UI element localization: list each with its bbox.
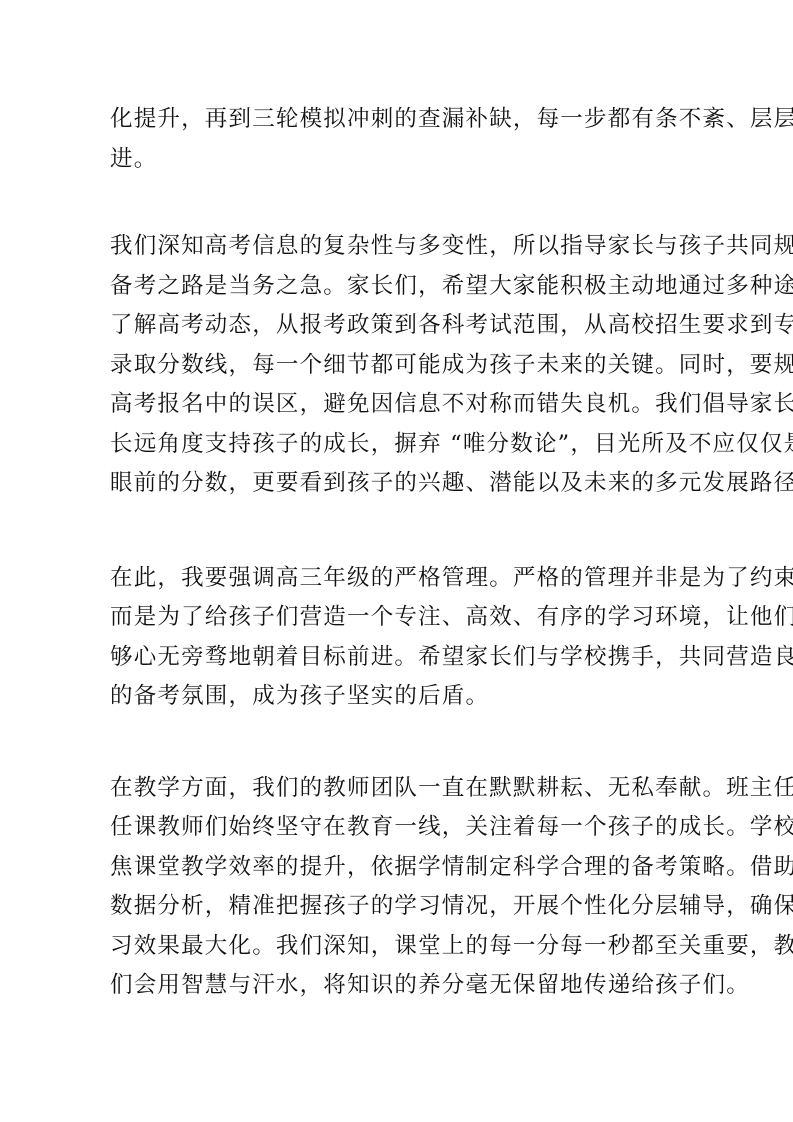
text-line: 备考之路是当务之急。家长们，希望大家能积极主动地通过多种途径 [110, 267, 686, 307]
paragraph-1: 化提升，再到三轮模拟冲刺的查漏补缺，每一步都有条不紊、层层递 进。 [110, 100, 686, 179]
text-line: 眼前的分数，更要看到孩子的兴趣、潜能以及未来的多元发展路径。 [110, 464, 686, 504]
document-page: 化提升，再到三轮模拟冲刺的查漏补缺，每一步都有条不紊、层层递 进。 我们深知高考… [110, 100, 686, 1006]
paragraph-2: 我们深知高考信息的复杂性与多变性，所以指导家长与孩子共同规划 备考之路是当务之急… [110, 227, 686, 504]
text-line: 们会用智慧与汗水，将知识的养分毫无保留地传递给孩子们。 [110, 966, 686, 1006]
text-line: 的备考氛围，成为孩子坚实的后盾。 [110, 677, 686, 717]
text-line: 焦课堂教学效率的提升，依据学情制定科学合理的备考策略。借助大 [110, 848, 686, 888]
text-line: 而是为了给孩子们营造一个专注、高效、有序的学习环境，让他们能 [110, 598, 686, 638]
paragraph-4: 在教学方面，我们的教师团队一直在默默耕耘、无私奉献。班主任和 任课教师们始终坚守… [110, 769, 686, 1006]
paragraph-spacer [110, 179, 686, 227]
paragraph-spacer [110, 717, 686, 769]
text-line: 高考报名中的误区，避免因信息不对称而错失良机。我们倡导家长从 [110, 385, 686, 425]
text-line: 在教学方面，我们的教师团队一直在默默耕耘、无私奉献。班主任和 [110, 769, 686, 809]
text-line: 长远角度支持孩子的成长，摒弃 “唯分数论”，目光所及不应仅仅是 [110, 425, 686, 465]
text-line: 进。 [110, 140, 686, 180]
text-line: 习效果最大化。我们深知，课堂上的每一分每一秒都至关重要，教师 [110, 927, 686, 967]
text-line: 化提升，再到三轮模拟冲刺的查漏补缺，每一步都有条不紊、层层递 [110, 100, 686, 140]
text-line: 了解高考动态，从报考政策到各科考试范围，从高校招生要求到专业 [110, 306, 686, 346]
text-line: 数据分析，精准把握孩子的学习情况，开展个性化分层辅导，确保复 [110, 887, 686, 927]
text-line: 在此，我要强调高三年级的严格管理。严格的管理并非是为了约束， [110, 559, 686, 599]
paragraph-spacer [110, 504, 686, 559]
text-line: 任课教师们始终坚守在教育一线，关注着每一个孩子的成长。学校聚 [110, 808, 686, 848]
paragraph-3: 在此，我要强调高三年级的严格管理。严格的管理并非是为了约束， 而是为了给孩子们营… [110, 559, 686, 717]
text-line: 我们深知高考信息的复杂性与多变性，所以指导家长与孩子共同规划 [110, 227, 686, 267]
text-line: 录取分数线，每一个细节都可能成为孩子未来的关键。同时，要规避 [110, 346, 686, 386]
text-line: 够心无旁骛地朝着目标前进。希望家长们与学校携手，共同营造良好 [110, 638, 686, 678]
